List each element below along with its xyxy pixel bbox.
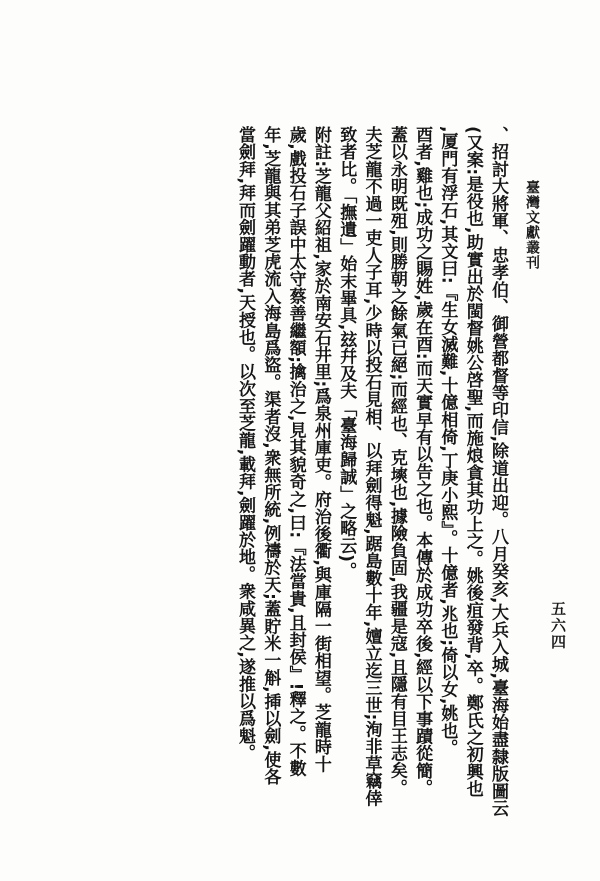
text-column-6: 夫芝龍不過一吏人子耳,少時以投石見相、以拜劍得魁,踞島數十年,嬗立迄三世;洵非草… (358, 126, 383, 870)
text-column-11: 當劍拜,拜而劍躍動者,天授也。以次至芝龍,載拜,劍躍於地。衆咸異之,遂推以爲魁。 (232, 126, 257, 870)
text-column-8: 附註:芝龍父紹祖,家於南安石井里;爲泉州庫吏。府治後衢,與庫隔一街相望。芝龍時十 (308, 126, 333, 870)
text-column-3: ,厦門有浮石,其文曰:『生女滅難,十億相倚,丁庚小熙』。十億者,兆也;倚以女,姚… (434, 126, 459, 870)
text-column-5: 蓋以永明既殂,則勝朝之餘氣已絕;而經也、克塽也,據險負固,我疆是寇,且隱有目王志… (384, 126, 409, 870)
scanned-book-page: 臺灣文獻叢刊 五六四 、招討大將軍、忠孝伯、御營都督等印信,除道出迎。八月癸亥,… (0, 0, 600, 881)
text-column-10: 年,芝龍與其弟芝虎流入海島爲盜。渠者沒,衆無所統,例禱於天;蓋貯米一斛,揷以劍,… (257, 126, 282, 870)
running-head-title: 臺灣文獻叢刊 (522, 180, 542, 270)
text-column-9: 歲,戲投石子誤中太守蔡善繼額;擒治之,見其貌奇之,曰:『法當貴,且封侯』!釋之。… (282, 126, 307, 870)
text-column-7: 致者比。「撫遺」始末畢具,玆幷及夫「臺海歸誠」之略云)。 (333, 126, 358, 870)
text-column-4: 酉者,雞也;成功之賜姓,歲在酉:而天實早有以告之也。本傳於成功卒後,經以下事蹟從… (409, 126, 434, 870)
text-block: 、招討大將軍、忠孝伯、御營都督等印信,除道出迎。八月癸亥,大兵入城,臺海始盡隸版… (231, 126, 510, 870)
page-number: 五六四 (548, 601, 569, 651)
text-column-2: (又案:是役也,助實出於閩督姚公啓聖,而施烺貪其功上之。姚後疽發背,卒。鄭氏之初… (459, 126, 484, 870)
text-column-1: 、招討大將軍、忠孝伯、御營都督等印信,除道出迎。八月癸亥,大兵入城,臺海始盡隸版… (485, 126, 510, 870)
